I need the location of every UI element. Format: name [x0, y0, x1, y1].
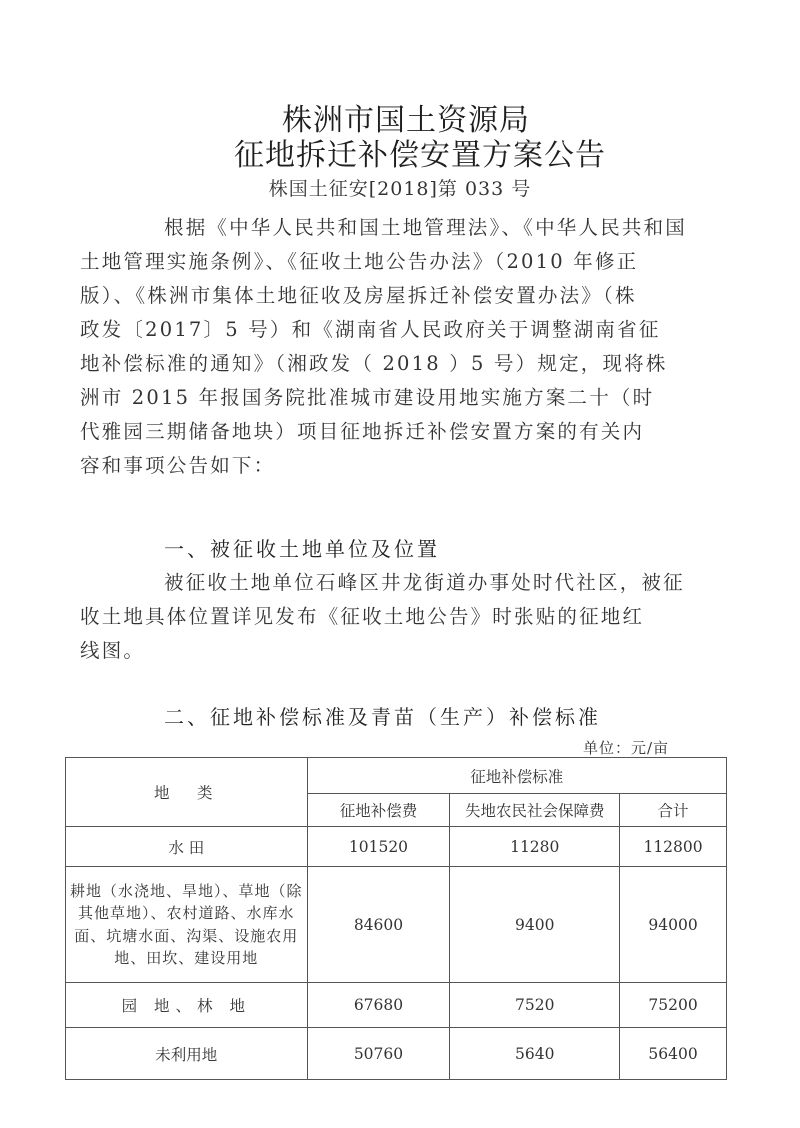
paragraph-line: 根据《中华人民共和国土地管理法》、《中华人民共和国: [124, 211, 724, 245]
header-total: 合计: [620, 794, 727, 827]
document-number: 株国土征安[2018]第 033 号: [0, 174, 800, 201]
row-compensation: 84600: [307, 867, 450, 983]
paragraph-line: 地补偿标准的通知》（湘政发（ 2018 ）5 号）规定，现将株: [80, 347, 724, 381]
paragraph-line: 被征收土地单位石峰区井龙街道办事处时代社区，被征: [124, 566, 724, 600]
paragraph-line: 土地管理实施条例》、《征收土地公告办法》（2010 年修正: [80, 245, 724, 279]
paragraph-line: 代雅园三期储备地块）项目征地拆迁补偿安置方案的有关内: [80, 415, 724, 449]
row-category: 未利用地: [66, 1028, 308, 1080]
paragraph-line: 版）、《株洲市集体土地征收及房屋拆迁补偿安置办法》（株: [80, 279, 724, 313]
section2-heading: 二、征地补偿标准及青苗（生产）补偿标准: [164, 701, 601, 730]
paragraph-line: 政发〔2017〕5 号）和《湖南省人民政府关于调整湖南省征: [80, 313, 724, 347]
header-category: 地 类: [66, 758, 308, 827]
row-category: 耕地（水浇地、旱地）、草地（除其他草地）、农村道路、水库水面、坑塘水面、沟渠、设…: [66, 867, 308, 983]
compensation-table: 地 类 征地补偿标准 征地补偿费 失地农民社会保障费 合计 水 田 101520…: [65, 757, 727, 1080]
table-row: 水 田 101520 11280 112800: [66, 827, 727, 867]
paragraph-line: 洲市 2015 年报国务院批准城市建设用地实施方案二十（时: [80, 381, 724, 415]
section1-heading: 一、被征收土地单位及位置: [164, 533, 440, 562]
unit-label: 单位：元/亩: [583, 737, 669, 758]
row-compensation: 101520: [307, 827, 450, 867]
paragraph-line: 线图。: [80, 634, 724, 668]
header-compensation: 征地补偿费: [307, 794, 450, 827]
header-group: 征地补偿标准: [307, 758, 726, 794]
intro-paragraph: 根据《中华人民共和国土地管理法》、《中华人民共和国 土地管理实施条例》、《征收土…: [124, 211, 724, 483]
row-social-security: 9400: [450, 867, 620, 983]
header-social-security: 失地农民社会保障费: [450, 794, 620, 827]
row-compensation: 50760: [307, 1028, 450, 1080]
table-row: 园 地、林 地 67680 7520 75200: [66, 983, 727, 1028]
row-social-security: 5640: [450, 1028, 620, 1080]
table-row: 耕地（水浇地、旱地）、草地（除其他草地）、农村道路、水库水面、坑塘水面、沟渠、设…: [66, 867, 727, 983]
table-header-row: 地 类 征地补偿标准: [66, 758, 727, 794]
row-total: 75200: [620, 983, 727, 1028]
section1-body: 被征收土地单位石峰区井龙街道办事处时代社区，被征 收土地具体位置详见发布《征收土…: [124, 566, 724, 668]
paragraph-line: 容和事项公告如下：: [80, 449, 724, 483]
row-category: 园 地、林 地: [66, 983, 308, 1028]
row-compensation: 67680: [307, 983, 450, 1028]
row-category: 水 田: [66, 827, 308, 867]
row-social-security: 7520: [450, 983, 620, 1028]
row-social-security: 11280: [450, 827, 620, 867]
row-total: 94000: [620, 867, 727, 983]
row-total: 112800: [620, 827, 727, 867]
document-title-line2: 征地拆迁补偿安置方案公告: [20, 130, 800, 174]
paragraph-line: 收土地具体位置详见发布《征收土地公告》时张贴的征地红: [80, 600, 724, 634]
row-total: 56400: [620, 1028, 727, 1080]
table-row: 未利用地 50760 5640 56400: [66, 1028, 727, 1080]
